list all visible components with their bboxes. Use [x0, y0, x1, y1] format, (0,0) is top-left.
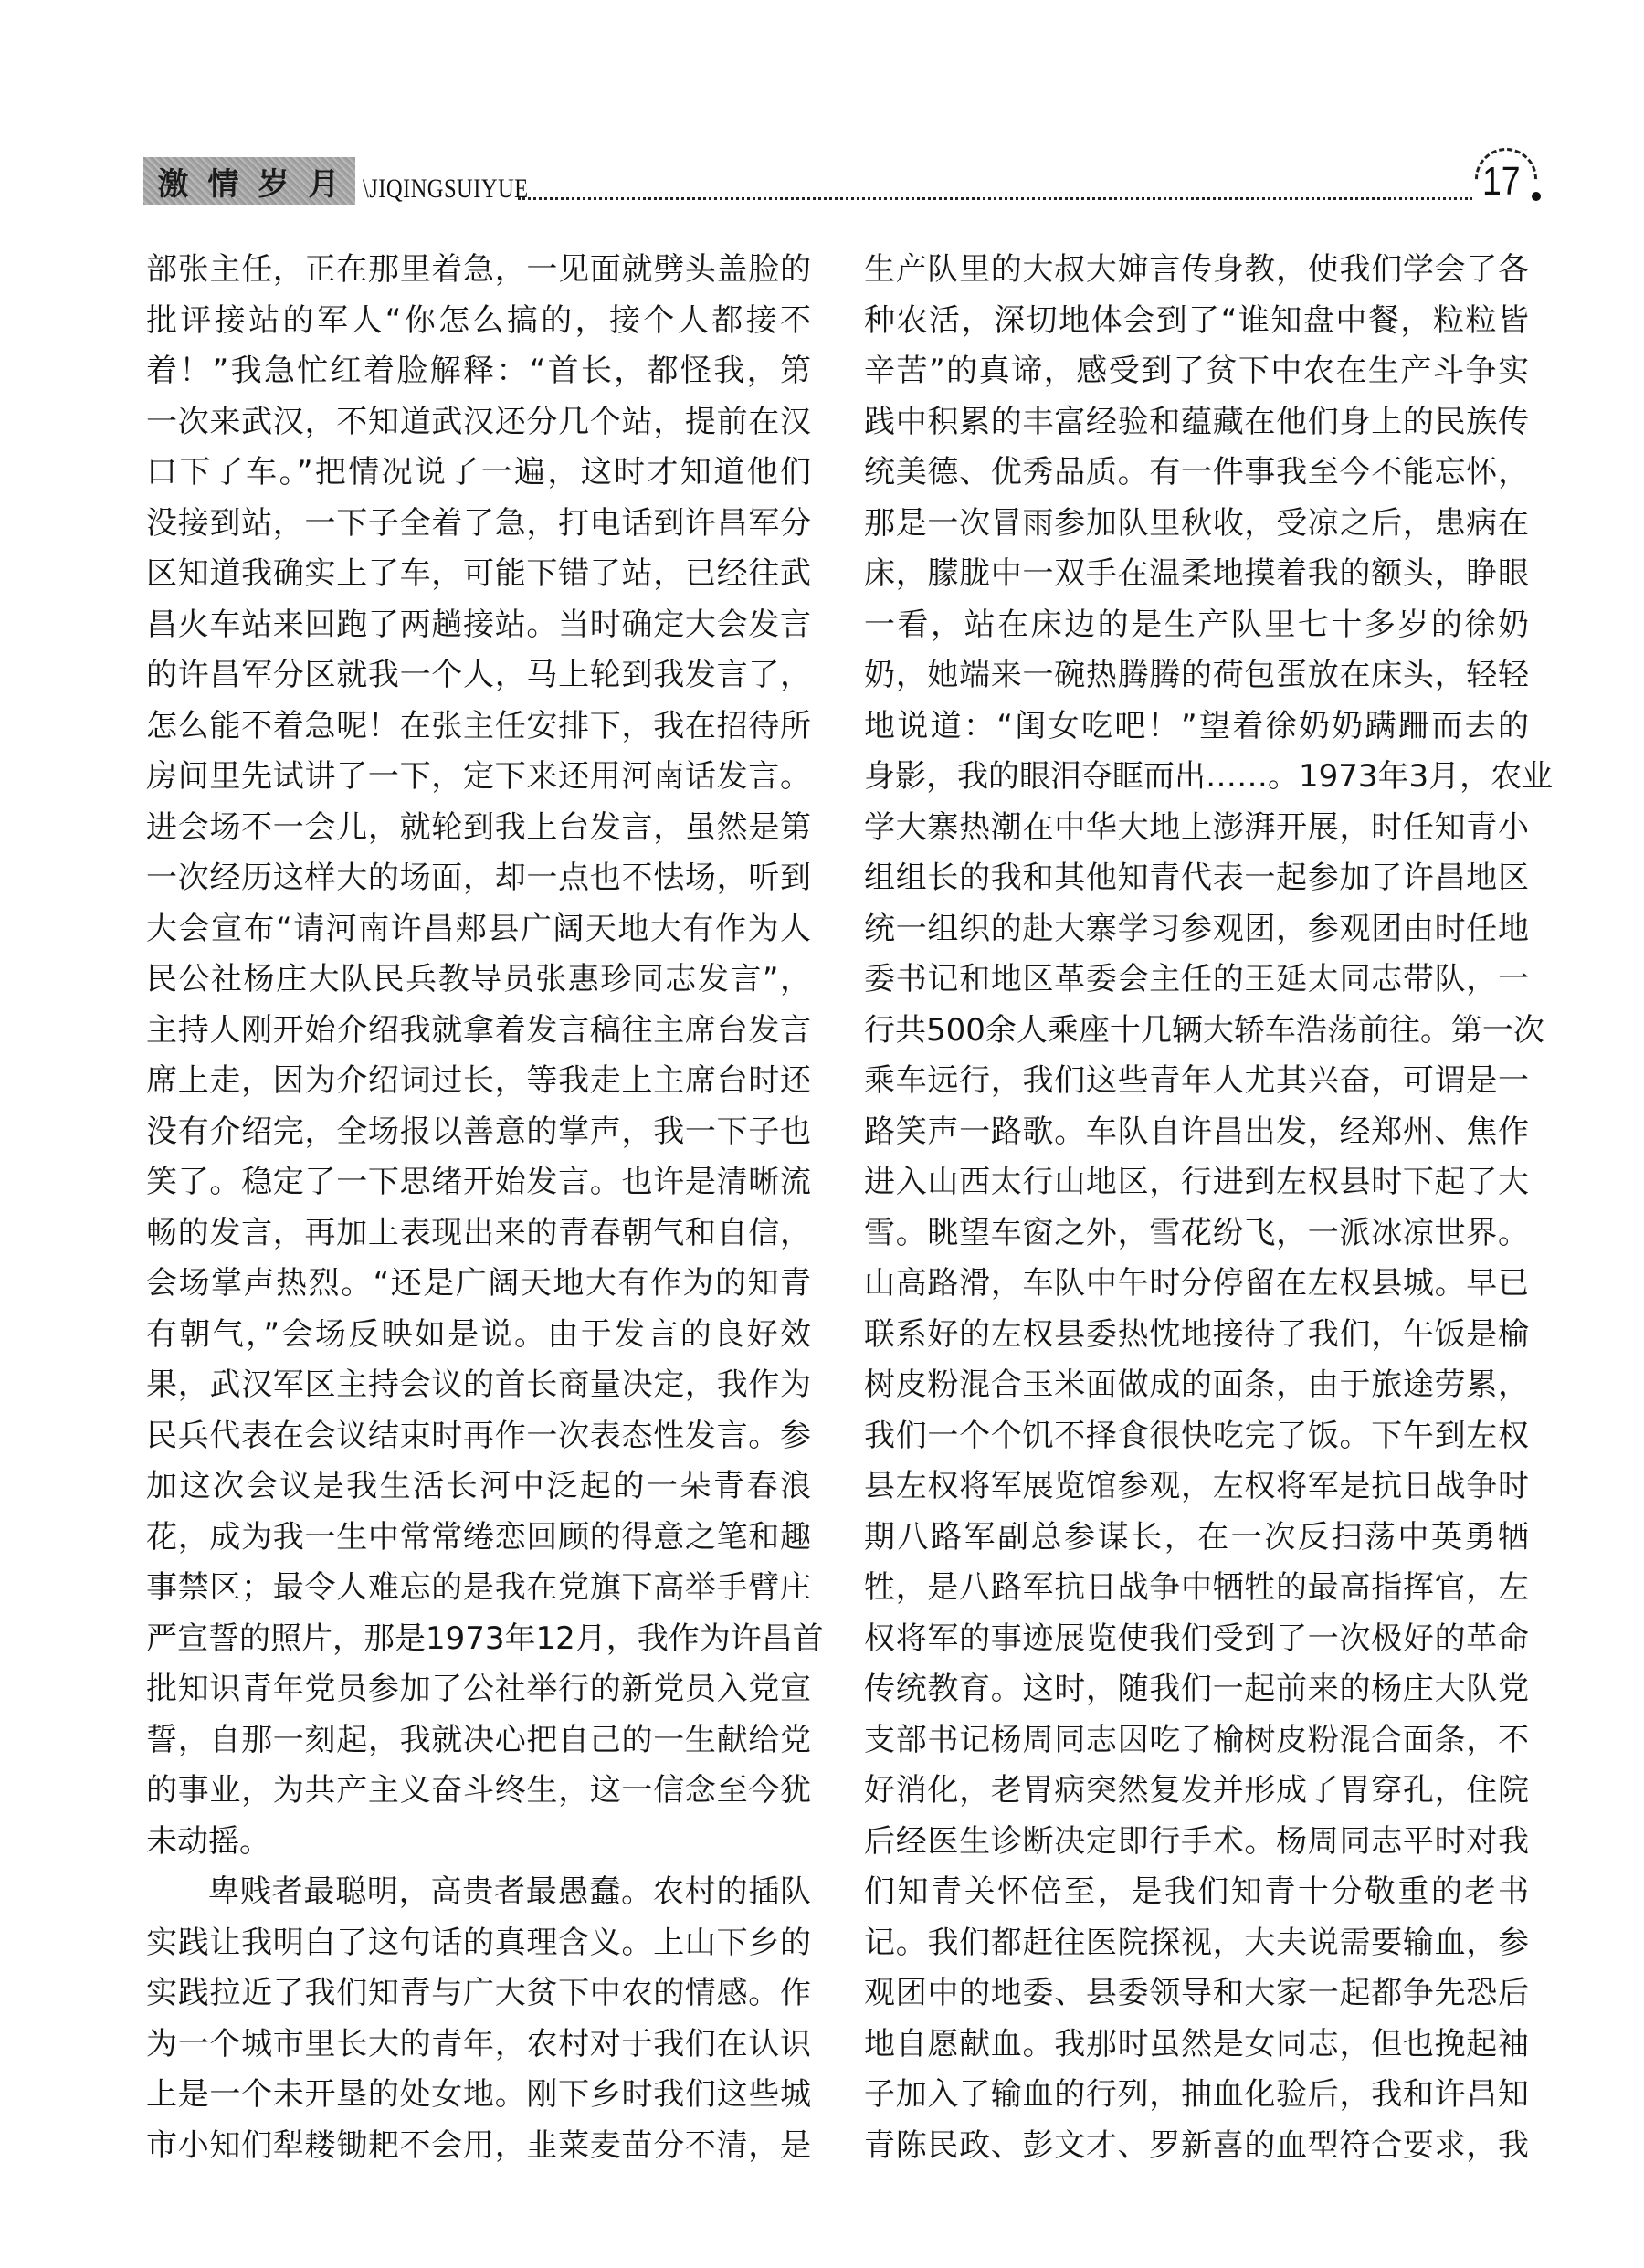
text-line: 口下了车。”把情况说了一遍，这时才知道他们: [146, 448, 811, 499]
page-number-badge: 17: [1471, 146, 1541, 212]
text-line: 记。我们都赶往医院探视，大夫说需要输血，参: [864, 1918, 1529, 1969]
column-logo-char: 激: [158, 159, 191, 204]
text-line: 笑了。稳定了一下思绪开始发言。也许是清晰流: [146, 1157, 811, 1208]
text-line: 怎么能不着急呢！在张主任安排下，我在招待所: [146, 701, 811, 753]
text-line: 大会宣布“请河南许昌郏县广阔天地大有作为人: [146, 904, 811, 955]
text-line: 事禁区；最令人难忘的是我在党旗下高举手臂庄: [146, 1563, 811, 1614]
text-line: 们知青关怀倍至，是我们知青十分敬重的老书: [864, 1867, 1529, 1918]
text-line: 床，朦胧中一双手在温柔地摸着我的额头，睁眼: [864, 549, 1529, 600]
text-line: 地说道：“闺女吃吧！”望着徐奶奶蹒跚而去的: [864, 701, 1529, 753]
text-line: 批知识青年党员参加了公社举行的新党员入党宣: [146, 1664, 811, 1715]
text-line: 委书记和地区革委会主任的王延太同志带队，一: [864, 955, 1529, 1006]
text-line: 好消化，老胃病突然复发并形成了胃穿孔，住院: [864, 1766, 1529, 1817]
text-line: 上是一个未开垦的处女地。刚下乡时我们这些城: [146, 2070, 811, 2121]
text-line: 统一组织的赴大寨学习参观团，参观团由时任地: [864, 904, 1529, 955]
text-line: 树皮粉混合玉米面做成的面条，由于旅途劳累，: [864, 1360, 1529, 1411]
text-line: 牲，是八路军抗日战争中牺牲的最高指挥官，左: [864, 1563, 1529, 1614]
text-line: 的许昌军分区就我一个人，马上轮到我发言了，: [146, 650, 811, 701]
text-line: 区知道我确实上了车，可能下错了站，已经往武: [146, 549, 811, 600]
left-text-column: 部张主任，正在那里着急，一见面就劈头盖脸的批评接站的军人“你怎么搞的，接个人都接…: [146, 245, 811, 2171]
text-line: 进入山西太行山地区，行进到左权县时下起了大: [864, 1157, 1529, 1208]
text-line: 乘车远行，我们这些青年人尤其兴奋，可谓是一: [864, 1056, 1529, 1107]
text-line: 未动摇。: [146, 1817, 811, 1868]
text-line: 果，武汉军区主持会议的首长商量决定，我作为: [146, 1360, 811, 1411]
text-line: 权将军的事迹展览使我们受到了一次极好的革命: [864, 1614, 1529, 1665]
text-line: 学大寨热潮在中华大地上澎湃开展，时任知青小: [864, 803, 1529, 854]
text-line: 没有介绍完，全场报以善意的掌声，我一下子也: [146, 1107, 811, 1158]
text-line: 行共500余人乘座十几辆大轿车浩荡前往。第一次: [864, 1006, 1529, 1057]
text-line: 会场掌声热烈。“还是广阔天地大有作为的知青: [146, 1259, 811, 1310]
text-line: 卑贱者最聪明，高贵者最愚蠢。农村的插队: [146, 1867, 811, 1918]
dot-icon: [1532, 192, 1541, 201]
column-logo-char: 岁: [258, 159, 291, 204]
text-line: 观团中的地委、县委领导和大家一起都争先恐后: [864, 1968, 1529, 2020]
column-logo-char: 情: [208, 159, 241, 204]
text-line: 的事业，为共产主义奋斗终生，这一信念至今犹: [146, 1766, 811, 1817]
text-line: 一次来武汉，不知道武汉还分几个站，提前在汉: [146, 397, 811, 448]
text-line: 传统教育。这时，随我们一起前来的杨庄大队党: [864, 1664, 1529, 1715]
text-line: 实践让我明白了这句话的真理含义。上山下乡的: [146, 1918, 811, 1969]
magazine-pinyin-title: \JIQINGSUIYUE: [363, 174, 529, 205]
dotted-leader-rule: [518, 197, 1472, 200]
text-line: 联系好的左权县委热忱地接待了我们，午饭是榆: [864, 1310, 1529, 1361]
text-line: 期八路军副总参谋长，在一次反扫荡中英勇牺: [864, 1513, 1529, 1564]
text-line: 身影，我的眼泪夺眶而出……。1973年3月，农业: [864, 752, 1529, 803]
text-line: 房间里先试讲了一下，定下来还用河南话发言。: [146, 752, 811, 803]
text-line: 一次经历这样大的场面，却一点也不怯场，听到: [146, 853, 811, 904]
text-line: 生产队里的大叔大婶言传身教，使我们学会了各: [864, 245, 1529, 296]
column-logo: 激 情 岁 月: [143, 157, 355, 205]
text-line: 为一个城市里长大的青年，农村对于我们在认识: [146, 2020, 811, 2071]
text-line: 奶，她端来一碗热腾腾的荷包蛋放在床头，轻轻: [864, 650, 1529, 701]
text-line: 实践拉近了我们知青与广大贫下中农的情感。作: [146, 1968, 811, 2020]
text-line: 子加入了输血的行列，抽血化验后，我和许昌知: [864, 2070, 1529, 2121]
text-line: 组组长的我和其他知青代表一起参加了许昌地区: [864, 853, 1529, 904]
right-text-column: 生产队里的大叔大婶言传身教，使我们学会了各种农活，深切地体会到了“谁知盘中餐，粒…: [864, 245, 1529, 2171]
text-line: 青陈民政、彭文才、罗新喜的血型符合要求，我: [864, 2121, 1529, 2172]
text-line: 种农活，深切地体会到了“谁知盘中餐，粒粒皆: [864, 296, 1529, 347]
text-line: 市小知们犁耧锄耙不会用，韭菜麦苗分不清，是: [146, 2121, 811, 2172]
text-line: 着！”我急忙红着脸解释：“首长，都怪我，第: [146, 346, 811, 397]
text-line: 主持人刚开始介绍我就拿着发言稿往主席台发言: [146, 1006, 811, 1057]
text-line: 山高路滑，车队中午时分停留在左权县城。早已: [864, 1259, 1529, 1310]
text-line: 县左权将军展览馆参观，左权将军是抗日战争时: [864, 1461, 1529, 1513]
text-line: 辛苦”的真谛，感受到了贫下中农在生产斗争实: [864, 346, 1529, 397]
page-number: 17: [1482, 159, 1521, 205]
text-line: 花，成为我一生中常常绻恋回顾的得意之笔和趣: [146, 1513, 811, 1564]
text-line: 民公社杨庄大队民兵教导员张惠珍同志发言”，: [146, 955, 811, 1006]
text-line: 一看，站在床边的是生产队里七十多岁的徐奶: [864, 600, 1529, 651]
text-line: 践中积累的丰富经验和蕴藏在他们身上的民族传: [864, 397, 1529, 448]
text-line: 雪。眺望车窗之外，雪花纷飞，一派冰凉世界。: [864, 1208, 1529, 1260]
text-line: 那是一次冒雨参加队里秋收，受凉之后，患病在: [864, 499, 1529, 550]
text-line: 严宣誓的照片，那是1973年12月，我作为许昌首: [146, 1614, 811, 1665]
text-line: 进会场不一会儿，就轮到我上台发言，虽然是第: [146, 803, 811, 854]
text-line: 我们一个个饥不择食很快吃完了饭。下午到左权: [864, 1411, 1529, 1462]
text-line: 地自愿献血。我那时虽然是女同志，但也挽起袖: [864, 2020, 1529, 2071]
text-line: 昌火车站来回跑了两趟接站。当时确定大会发言: [146, 600, 811, 651]
text-line: 支部书记杨周同志因吃了榆树皮粉混合面条，不: [864, 1715, 1529, 1767]
text-line: 批评接站的军人“你怎么搞的，接个人都接不: [146, 296, 811, 347]
text-line: 后经医生诊断决定即行手术。杨周同志平时对我: [864, 1817, 1529, 1868]
text-line: 统美德、优秀品质。有一件事我至今不能忘怀，: [864, 448, 1529, 499]
text-line: 誓，自那一刻起，我就决心把自己的一生献给党: [146, 1715, 811, 1767]
text-line: 路笑声一路歌。车队自许昌出发，经郑州、焦作: [864, 1107, 1529, 1158]
text-line: 民兵代表在会议结束时再作一次表态性发言。参: [146, 1411, 811, 1462]
text-line: 部张主任，正在那里着急，一见面就劈头盖脸的: [146, 245, 811, 296]
column-logo-char: 月: [309, 159, 342, 204]
text-line: 席上走，因为介绍词过长，等我走上主席台时还: [146, 1056, 811, 1107]
text-line: 没接到站，一下子全着了急，打电话到许昌军分: [146, 499, 811, 550]
page-header: 激 情 岁 月 \JIQINGSUIYUE 17: [143, 153, 1550, 208]
text-line: 加这次会议是我生活长河中泛起的一朵青春浪: [146, 1461, 811, 1513]
text-line: 畅的发言，再加上表现出来的青春朝气和自信，: [146, 1208, 811, 1260]
text-line: 有朝气，”会场反映如是说。由于发言的良好效: [146, 1310, 811, 1361]
